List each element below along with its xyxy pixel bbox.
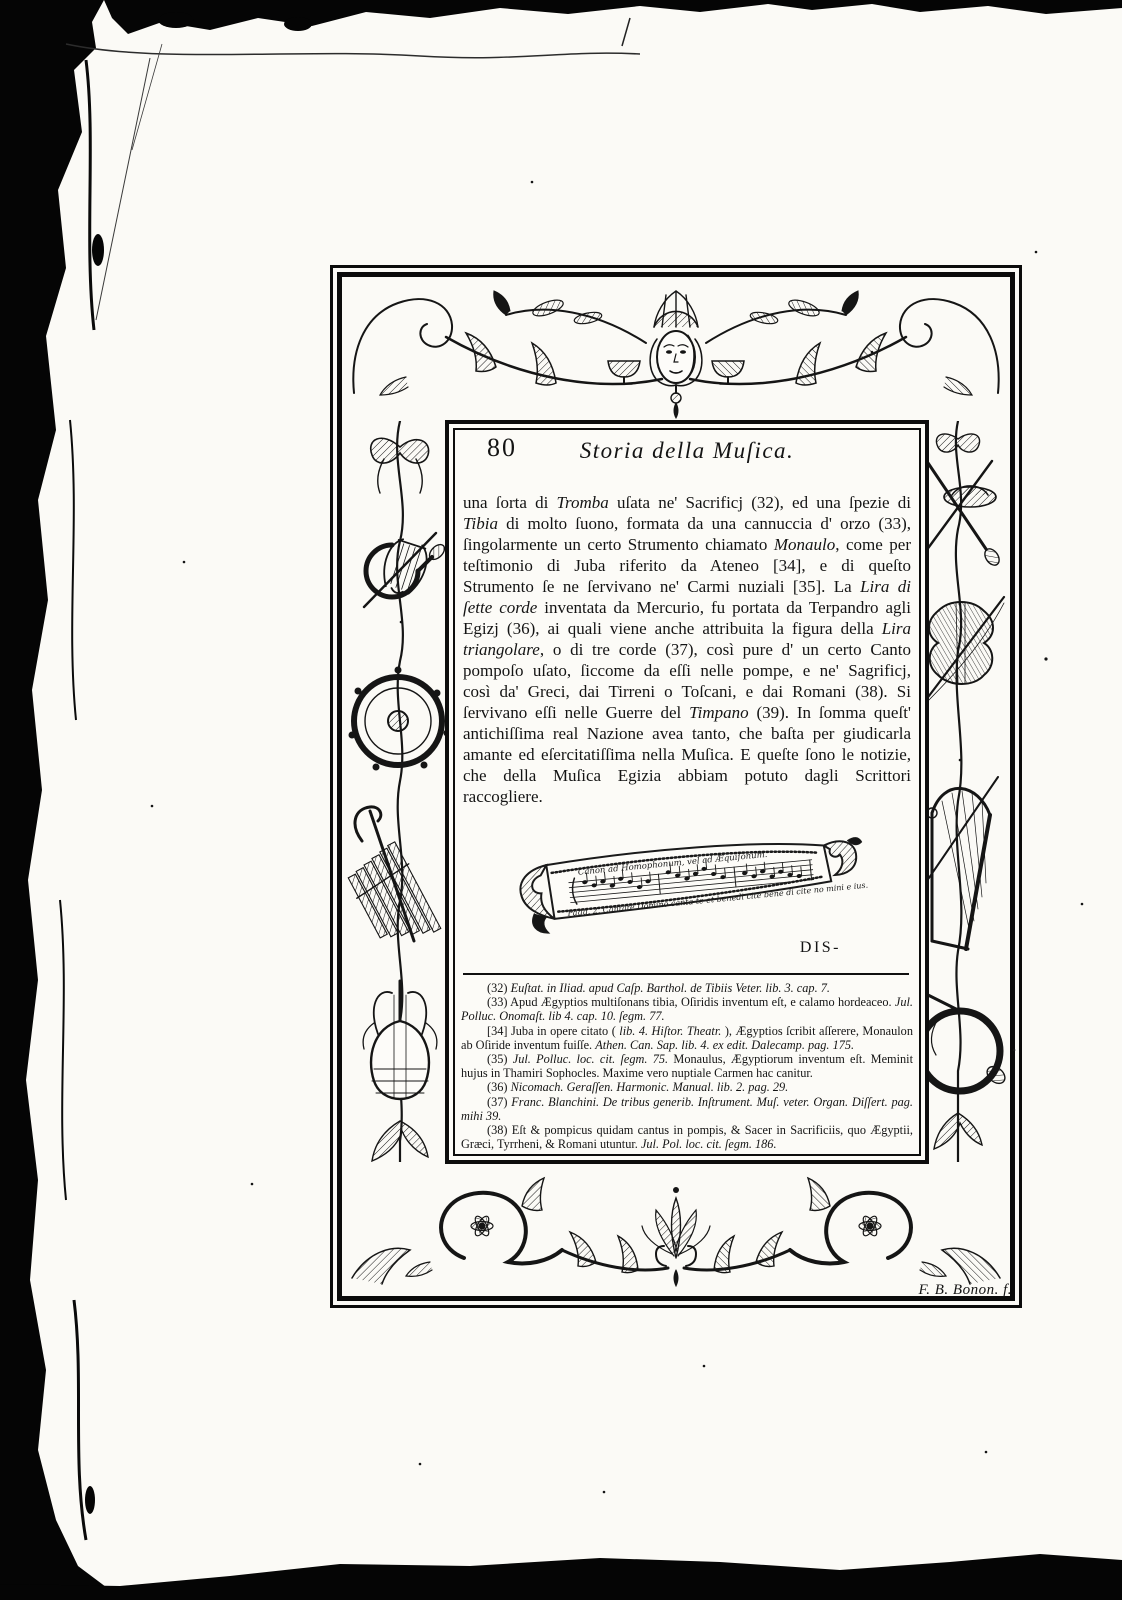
footnote-36: (36) Nicomach. Geraſſen. Harmonic. Manua… [461,1080,913,1094]
page-number: 80 [487,433,517,463]
footnotes-list: (32) Euſtat. in Iliad. apud Caſp. Bartho… [461,981,913,1152]
footnote-separator [463,973,909,975]
panel-content: 80 Storia della Muſica. una ſorta di Tro… [461,433,913,1152]
border-top-ornament mask-face-icon [346,281,1006,421]
footnote-38: (38) Eſt & pompicus quidam cantus in pom… [461,1123,913,1151]
engraver-signature: F. B. Bonon. f. [919,1282,1012,1299]
running-title: Storia della Muſica. [461,433,913,464]
text-panel: 80 Storia della Muſica. una ſorta di Tro… [445,420,929,1164]
footnote-33: (33) Apud Ægyptios multiſonans tibia, Oſ… [461,995,913,1023]
footnote-39: [39] In bellis itaque ſuis . . . . utunt… [461,1151,913,1152]
footnote-34: [34] Juba in opere citato ( lib. 4. Hiſt… [461,1024,913,1052]
page-header: 80 Storia della Muſica. [461,433,913,467]
border-left-instrument-trophy lyre-icon [344,421,454,1162]
footnote-32: (32) Euſtat. in Iliad. apud Caſp. Bartho… [461,981,913,995]
scanned-page: F. B. Bonon. f. 80 Storia della Muſica. … [0,0,1122,1600]
footnote-35: (35) Jul. Polluc. loc. cit. ſegm. 75. Mo… [461,1052,913,1080]
catchword: DIS- [461,939,913,957]
footnote-37: (37) Franc. Blanchini. De tribus generib… [461,1095,913,1123]
body-paragraph: una ſorta di Tromba uſata ne' Sacrificj … [463,492,911,807]
border-bottom-ornament rosette-icon [346,1162,1006,1292]
music-scroll-banner: Canon ad Homophonum, vel ad Æquiſonum. [461,825,913,937]
scroll-banner-engraving music-staff-icon: Canon ad Homophonum, vel ad Æquiſonum. [505,817,881,940]
